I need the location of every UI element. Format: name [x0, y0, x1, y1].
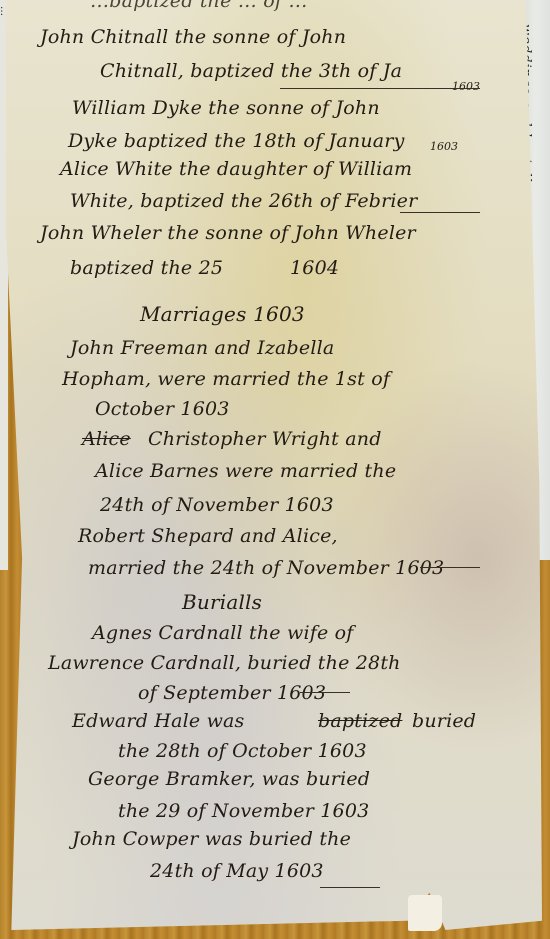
marriage-2-struck-word: Alice: [82, 428, 131, 450]
top-cut-line: …baptized the … of …: [90, 0, 308, 12]
baptism-4-line-1: John Wheler the sonne of John Wheler: [40, 222, 416, 244]
baptism-4-year: 1604: [290, 257, 339, 279]
burial-2-line-1-post: buried: [412, 710, 476, 732]
baptism-1-year: 1603: [452, 80, 480, 93]
entry-rule: [320, 887, 380, 888]
burial-2-line-2: the 28th of October 1603: [118, 740, 367, 762]
marriage-3-line-1: Robert Shepard and Alice,: [78, 525, 338, 547]
torn-corner: [408, 895, 442, 931]
baptism-1-line-1: John Chitnall the sonne of John: [40, 26, 346, 48]
burial-4-line-1: John Cowper was buried the: [72, 828, 351, 850]
marriages-heading: Marriages 1603: [140, 302, 305, 326]
baptism-4-line-2: baptized the 25: [70, 257, 223, 279]
burial-2-struck-word: baptized: [318, 710, 402, 732]
marriage-2-line-3: 24th of November 1603: [100, 494, 334, 516]
entry-rule: [420, 567, 480, 568]
burial-3-line-2: the 29 of November 1603: [118, 800, 369, 822]
marriage-1-line-3: October 1603: [95, 398, 230, 420]
entry-rule: [300, 692, 350, 693]
burial-1-line-2: Lawrence Cardnall, buried the 28th: [48, 652, 401, 674]
burial-3-line-1: George Bramker, was buried: [88, 768, 370, 790]
marriage-1-line-1: John Freeman and Izabella: [70, 337, 334, 359]
marriage-3-line-2: married the 24th of November 1603: [88, 557, 444, 579]
burials-heading: Burialls: [182, 590, 262, 614]
burial-1-line-1: Agnes Cardnall the wife of: [92, 622, 354, 644]
baptism-1-line-2: Chitnall, baptized the 3th of Ja: [100, 60, 402, 82]
entry-rule: [280, 88, 480, 89]
baptism-2-line-2: Dyke baptized the 18th of January: [68, 130, 405, 152]
burial-1-line-3: of September 1603: [138, 682, 326, 704]
baptism-3-line-1: Alice White the daughter of William: [60, 158, 412, 180]
marriage-2-line-1: Christopher Wright and: [148, 428, 382, 450]
marriage-1-line-2: Hopham, were married the 1st of: [62, 368, 390, 390]
entry-rule: [400, 212, 480, 213]
marriage-2-line-2: Alice Barnes were married the: [95, 460, 396, 482]
baptism-3-line-2: White, baptized the 26th of Febrier: [70, 190, 417, 212]
baptism-2-year: 1603: [430, 140, 458, 153]
burial-2-line-1-pre: Edward Hale was: [72, 710, 245, 732]
burial-4-line-2: 24th of May 1603: [150, 860, 324, 882]
baptism-2-line-1: William Dyke the sonne of John: [72, 97, 380, 119]
